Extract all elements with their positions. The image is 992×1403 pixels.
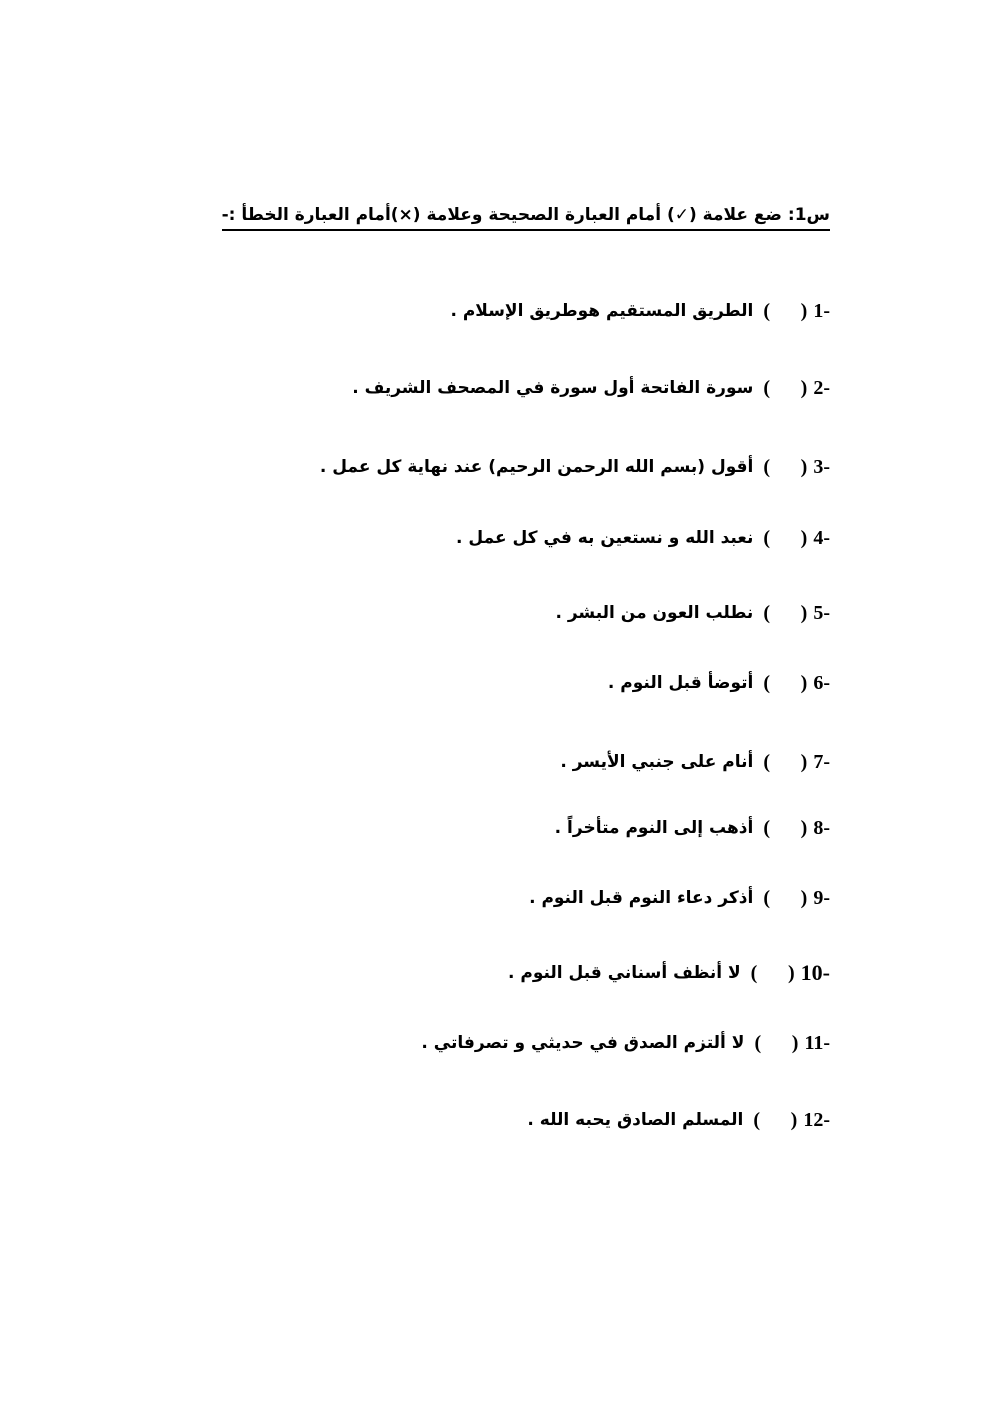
answer-blank[interactable]: ( ) — [763, 455, 807, 479]
statement-item: 4- ( ) نعبد الله و نستعين به في كل عمل . — [456, 524, 830, 552]
statement-text: أذكر دعاء النوم قبل النوم . — [529, 884, 753, 912]
answer-blank[interactable]: ( ) — [751, 961, 795, 985]
answer-blank[interactable]: ( ) — [763, 671, 807, 695]
item-number: 9- — [813, 884, 830, 912]
question-label: س1 — [795, 205, 830, 225]
question-heading: س1: ضع علامة (✓) أمام العبارة الصحيحة وع… — [222, 203, 830, 231]
answer-blank[interactable]: ( ) — [763, 816, 807, 840]
item-number: 2- — [813, 374, 830, 402]
statement-text: لا أنظف أسناني قبل النوم . — [508, 959, 741, 987]
statement-text: سورة الفاتحة أول سورة في المصحف الشريف . — [352, 374, 753, 402]
statement-item: 12- ( ) المسلم الصادق يحبه الله . — [527, 1106, 830, 1134]
statement-text: أنام على جنبي الأيسر . — [560, 748, 753, 776]
item-number: 1- — [813, 297, 830, 325]
question-instruction: : ضع علامة (✓) أمام العبارة الصحيحة وعلا… — [222, 205, 795, 225]
answer-blank[interactable]: ( ) — [763, 886, 807, 910]
statement-text: أقول (بسم الله الرحمن الرحيم) عند نهاية … — [320, 453, 753, 481]
answer-blank[interactable]: ( ) — [763, 526, 807, 550]
item-number: 11- — [804, 1029, 830, 1057]
statement-text: أذهب إلى النوم متأخراً . — [555, 814, 754, 842]
statement-item: 3- ( ) أقول (بسم الله الرحمن الرحيم) عند… — [320, 453, 830, 481]
answer-blank[interactable]: ( ) — [754, 1031, 798, 1055]
statement-item: 10- ( ) لا أنظف أسناني قبل النوم . — [508, 959, 830, 987]
statement-item: 9- ( ) أذكر دعاء النوم قبل النوم . — [529, 884, 830, 912]
statement-text: الطريق المستقيم هوطريق الإسلام . — [450, 297, 753, 325]
statement-item: 6- ( ) أتوضأ قبل النوم . — [608, 669, 830, 697]
statement-item: 5- ( ) نطلب العون من البشر . — [555, 599, 830, 627]
answer-blank[interactable]: ( ) — [753, 1108, 797, 1132]
statement-text: نعبد الله و نستعين به في كل عمل . — [456, 524, 753, 552]
item-number: 7- — [813, 748, 830, 776]
statement-text: لا ألتزم الصدق في حديثي و تصرفاتي . — [421, 1029, 744, 1057]
item-number: 6- — [813, 669, 830, 697]
answer-blank[interactable]: ( ) — [763, 601, 807, 625]
item-number: 12- — [803, 1106, 830, 1134]
item-number: 4- — [813, 524, 830, 552]
statement-text: نطلب العون من البشر . — [555, 599, 753, 627]
statement-item: 8- ( ) أذهب إلى النوم متأخراً . — [555, 814, 830, 842]
statement-text: المسلم الصادق يحبه الله . — [527, 1106, 743, 1134]
worksheet-page: س1: ضع علامة (✓) أمام العبارة الصحيحة وع… — [0, 0, 992, 1403]
item-number: 10- — [801, 959, 830, 987]
statement-item: 1- ( ) الطريق المستقيم هوطريق الإسلام . — [450, 297, 830, 325]
item-number: 3- — [813, 453, 830, 481]
item-number: 8- — [813, 814, 830, 842]
answer-blank[interactable]: ( ) — [763, 299, 807, 323]
statement-item: 2- ( ) سورة الفاتحة أول سورة في المصحف ا… — [352, 374, 830, 402]
statement-item: 11- ( ) لا ألتزم الصدق في حديثي و تصرفات… — [421, 1029, 830, 1057]
answer-blank[interactable]: ( ) — [763, 376, 807, 400]
statement-text: أتوضأ قبل النوم . — [608, 669, 753, 697]
item-number: 5- — [813, 599, 830, 627]
statement-item: 7- ( ) أنام على جنبي الأيسر . — [560, 748, 830, 776]
answer-blank[interactable]: ( ) — [763, 750, 807, 774]
